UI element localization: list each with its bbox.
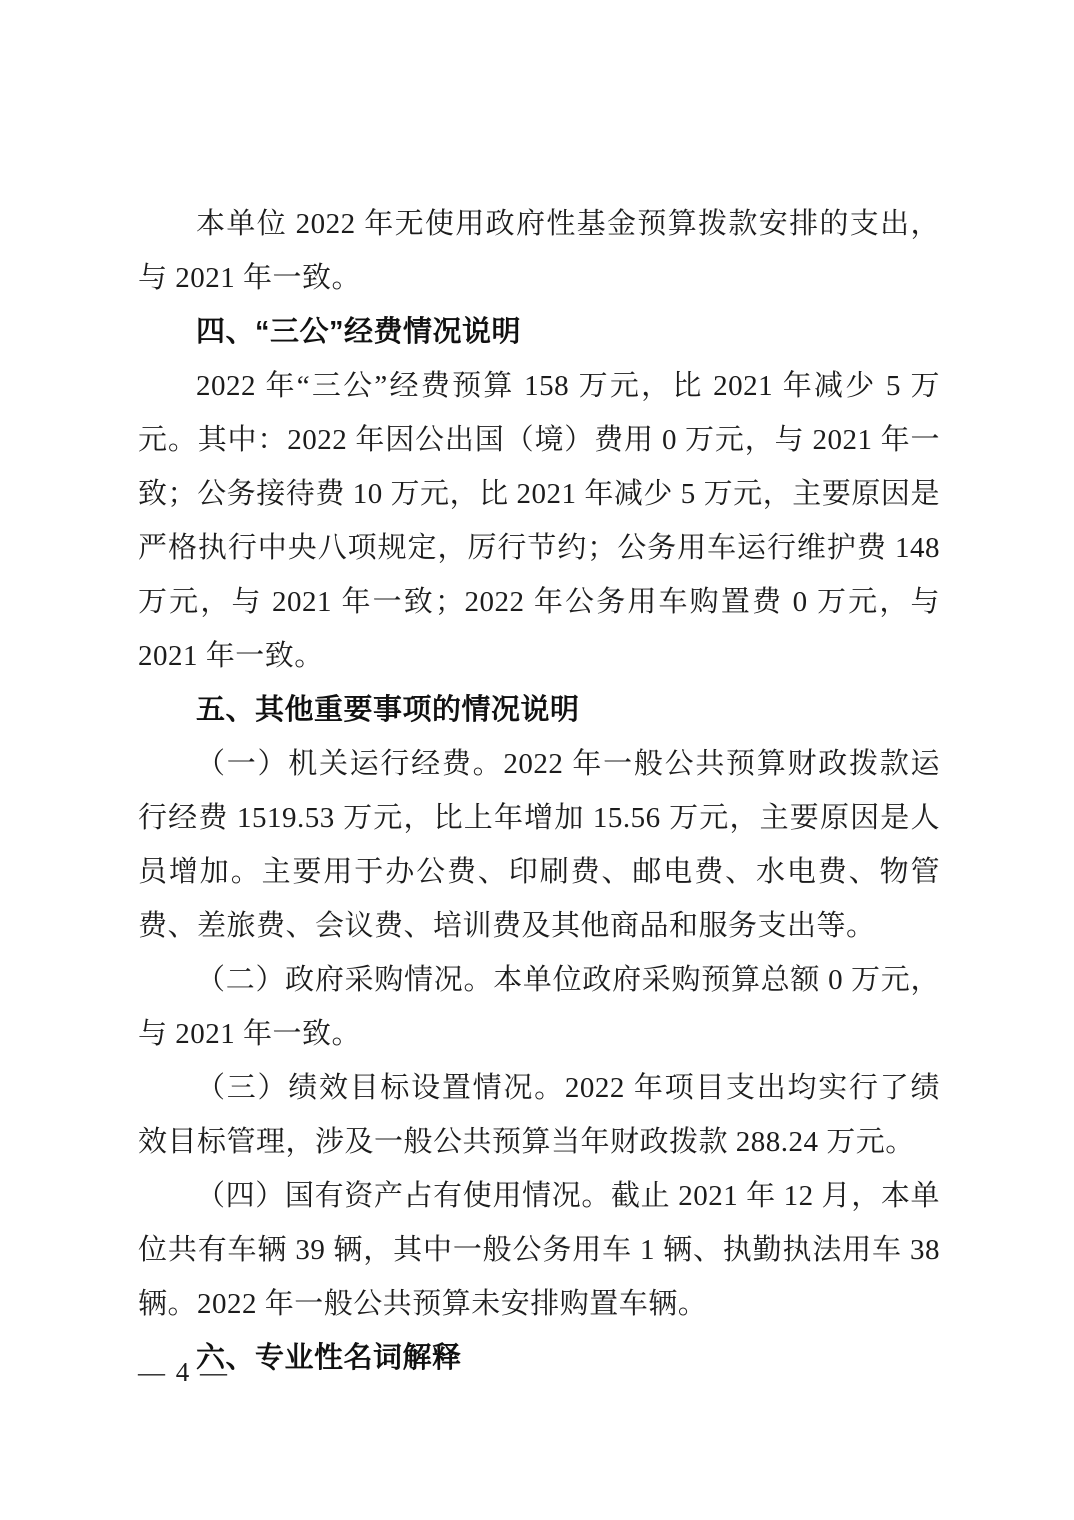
section-heading-4-three-public-expenses: 四、“三公”经费情况说明: [138, 305, 940, 359]
paragraph-4-state-owned-assets: （四）国有资产占有使用情况。截止 2021 年 12 月，本单位共有车辆 39 …: [138, 1169, 940, 1331]
paragraph-1-agency-operating-funds: （一）机关运行经费。2022 年一般公共预算财政拨款运行经费 1519.53 万…: [138, 737, 940, 953]
paragraph-gov-fund-expenditure: 本单位 2022 年无使用政府性基金预算拨款安排的支出，与 2021 年一致。: [138, 197, 940, 305]
paragraph-2-government-procurement: （二）政府采购情况。本单位政府采购预算总额 0 万元，与 2021 年一致。: [138, 953, 940, 1061]
page-number: — 4 —: [138, 1356, 229, 1388]
section-heading-6-terminology: 六、专业性名词解释: [138, 1331, 940, 1385]
paragraph-3-performance-targets: （三）绩效目标设置情况。2022 年项目支出均实行了绩效目标管理，涉及一般公共预…: [138, 1061, 940, 1169]
paragraph-three-public-expenses-detail: 2022 年“三公”经费预算 158 万元，比 2021 年减少 5 万元。其中…: [138, 359, 940, 683]
document-page: 本单位 2022 年无使用政府性基金预算拨款安排的支出，与 2021 年一致。 …: [0, 0, 1074, 1520]
section-heading-5-other-important-matters: 五、其他重要事项的情况说明: [138, 683, 940, 737]
document-body: 本单位 2022 年无使用政府性基金预算拨款安排的支出，与 2021 年一致。 …: [138, 197, 940, 1385]
